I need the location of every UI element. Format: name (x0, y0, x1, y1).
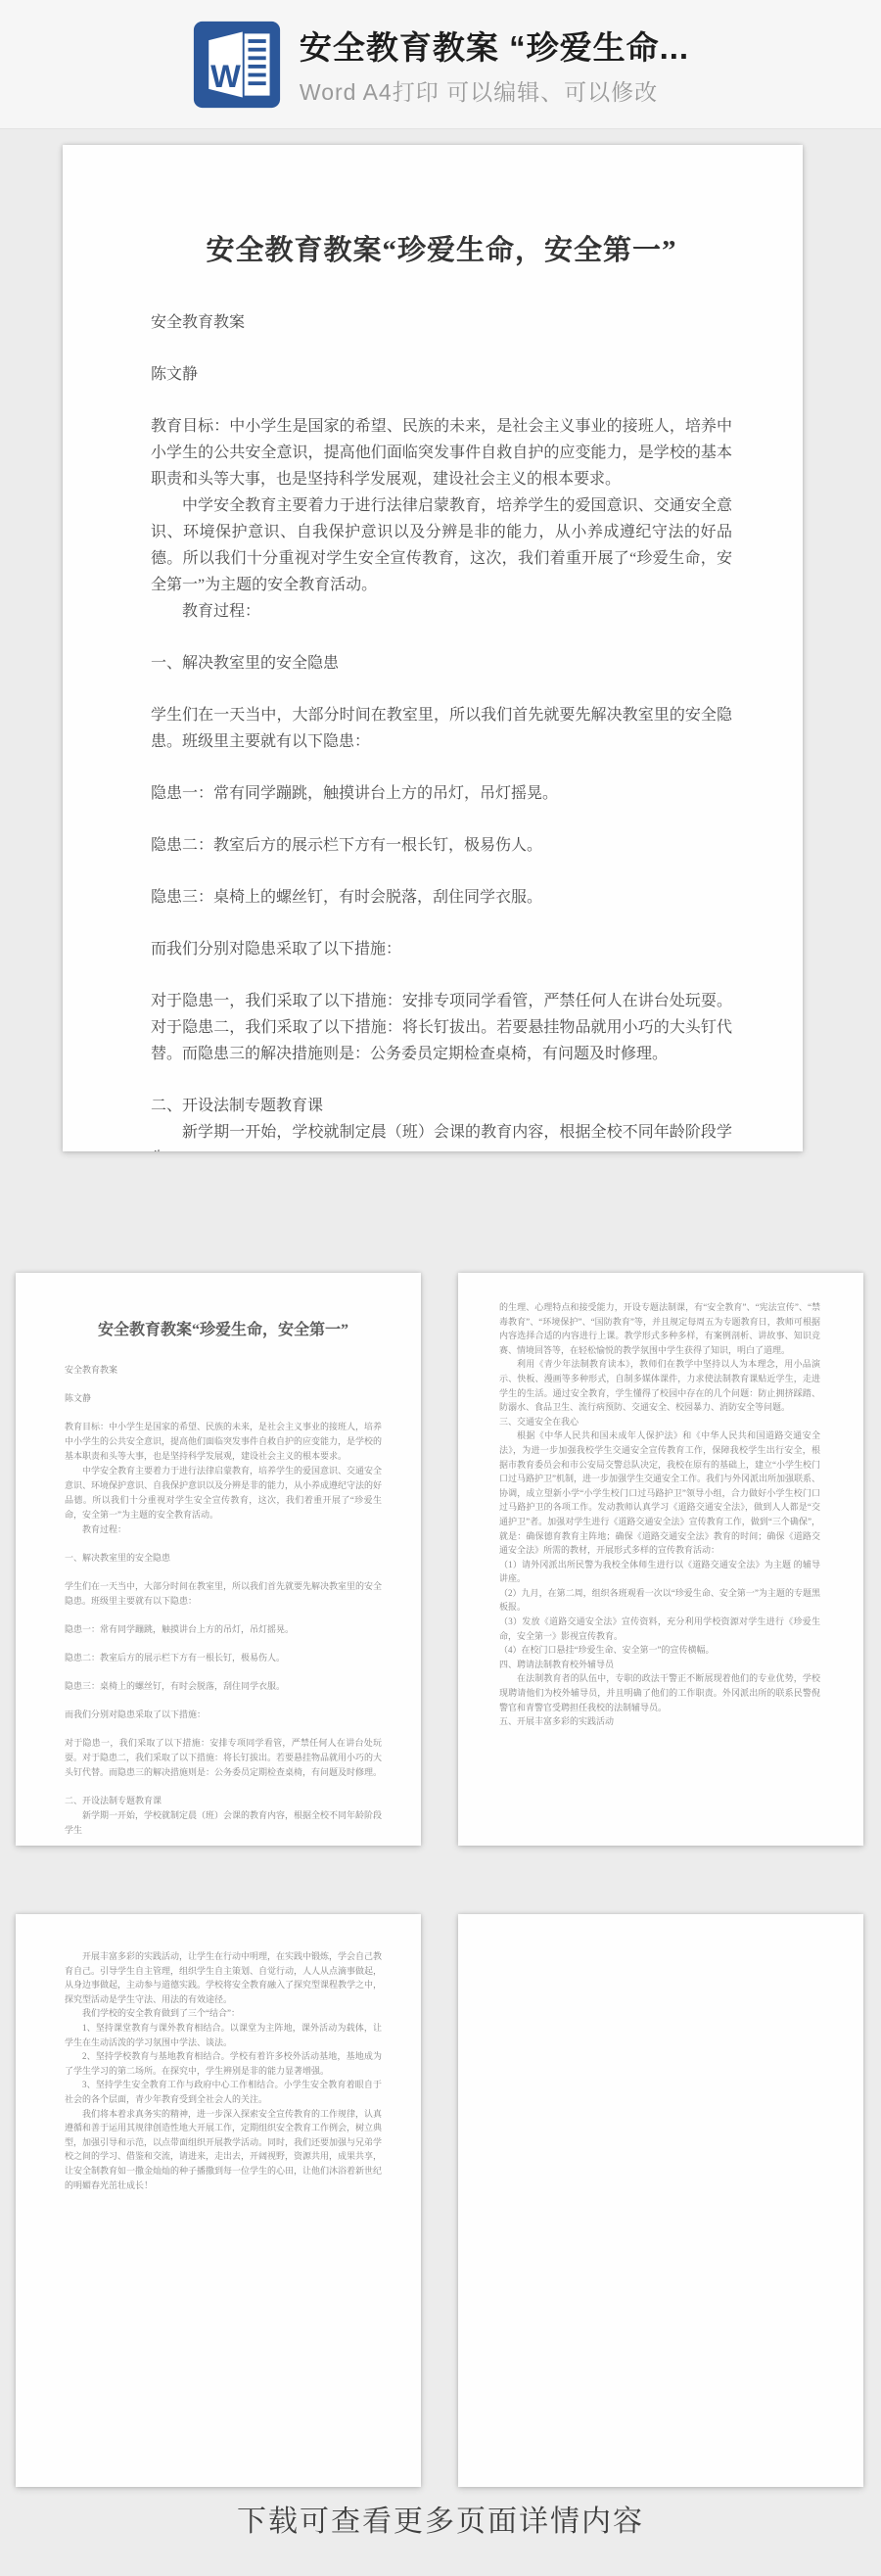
doc-paragraph: 新学期一开始，学校就制定晨（班）会课的教育内容，根据全校不同年龄阶段学生 (65, 1808, 382, 1838)
doc-paragraph: （4）在校门口悬挂“珍爱生命、安全第一”的宣传横幅。 (499, 1643, 820, 1658)
word-icon-letter: W (210, 58, 241, 93)
main-page-preview[interactable]: 安全教育教案“珍爱生命，安全第一”安全教育教案陈文静教育目标：中小学生是国家的希… (63, 145, 803, 1151)
doc-paragraph: 我们将本着求真务实的精神，进一步深入探索安全宣传教育的工作规律，认真遵循和善于运… (65, 2107, 382, 2193)
page-thumbnail-4-blank[interactable] (458, 1914, 863, 2487)
document-title: 安全教育教案 “珍爱生命... (300, 23, 689, 69)
doc-paragraph: 根据《中华人民共和国未成年人保护法》和《中华人民共和国道路交通安全法》，为进一步… (499, 1429, 820, 1557)
doc-paragraph: 中学安全教育主要着力于进行法律启蒙教育，培养学生的爱国意识、交通安全意识、环境保… (151, 492, 732, 598)
doc-paragraph: 我们学校的安全教育做到了三个“结合”： (65, 2006, 382, 2021)
doc-paragraph: 3、坚持学生安全教育工作与政府中心工作相结合。小学生安全教育着眼自于社会的各个层… (65, 2078, 382, 2106)
doc-paragraph: 安全教育教案 (151, 309, 732, 336)
doc-paragraph: 中学安全教育主要着力于进行法律启蒙教育，培养学生的爱国意识、交通安全意识、环境保… (65, 1464, 382, 1522)
page-thumbnail-1[interactable]: 安全教育教案“珍爱生命，安全第一”安全教育教案陈文静教育目标：中小学生是国家的希… (16, 1273, 421, 1846)
doc-paragraph: （1）请外冈派出所民警为我校全体师生进行以《道路交通安全法》为主题 的辅导讲座。 (499, 1558, 820, 1586)
doc-paragraph: 一、解决教室里的安全隐患 (65, 1551, 382, 1566)
doc-paragraph: 开展丰富多彩的实践活动，让学生在行动中明理，在实践中锻炼，学会自己教育自己。引导… (65, 1949, 382, 2006)
doc-paragraph: 在法制教育者的队伍中，专职的政法干警正不断展现着他们的专业优势，学校现聘请他们为… (499, 1671, 820, 1714)
doc-paragraph: 隐患三：桌椅上的螺丝钉，有时会脱落，刮住同学衣服。 (65, 1679, 382, 1694)
doc-paragraph: 三、交通安全在我心 (499, 1415, 820, 1429)
doc-paragraph: 教育目标：中小学生是国家的希望、民族的未来，是社会主义事业的接班人，培养中小学生… (65, 1420, 382, 1464)
page-thumbnail-3[interactable]: 开展丰富多彩的实践活动，让学生在行动中明理，在实践中锻炼，学会自己教育自己。引导… (16, 1914, 421, 2487)
doc-paragraph: 而我们分别对隐患采取了以下措施： (151, 936, 732, 962)
doc-paragraph: 教育目标：中小学生是国家的希望、民族的未来，是社会主义事业的接班人，培养中小学生… (151, 413, 732, 492)
download-hint-text: 下载可查看更多页面详情内容 (0, 2497, 881, 2540)
doc-paragraph: 一、解决教室里的安全隐患 (151, 650, 732, 677)
doc-paragraph: 四、聘请法制教育校外辅导员 (499, 1658, 820, 1672)
doc-paragraph: 陈文静 (65, 1391, 382, 1406)
doc-paragraph: 二、开设法制专题教育课 (65, 1794, 382, 1808)
footer: 下载可查看更多页面详情内容 (0, 2497, 881, 2540)
doc-paragraph: 五、开展丰富多彩的实践活动 (499, 1714, 820, 1729)
doc-paragraph: 对于隐患一，我们采取了以下措施：安排专项同学看管，严禁任何人在讲台处玩耍。对于隐… (65, 1736, 382, 1780)
doc-paragraph: 安全教育教案“珍爱生命，安全第一” (151, 231, 732, 270)
document-header: W 安全教育教案 “珍爱生命... Word A4打印 可以编辑、可以修改 (0, 0, 881, 129)
doc-paragraph: 对于隐患一，我们采取了以下措施：安排专项同学看管，严禁任何人在讲台处玩耍。对于隐… (151, 988, 732, 1067)
doc-paragraph: 学生们在一天当中，大部分时间在教室里，所以我们首先就要先解决教室里的安全隐患。班… (151, 702, 732, 755)
doc-paragraph: 利用《青少年法制教育读本》，教师们在教学中坚持以人为本理念，用小品演示、快板、漫… (499, 1357, 820, 1414)
doc-paragraph: 隐患二：教室后方的展示栏下方有一根长钉，极易伤人。 (65, 1651, 382, 1665)
word-file-icon: W (192, 20, 282, 110)
doc-paragraph: 1、坚持课堂教育与课外教育相结合。以课堂为主阵地，课外活动为载体，让学生在生动活… (65, 2021, 382, 2049)
doc-paragraph: 教育过程： (151, 598, 732, 625)
doc-paragraph: 安全教育教案 (65, 1363, 382, 1378)
doc-paragraph: 陈文静 (151, 361, 732, 388)
doc-paragraph: 学生们在一天当中，大部分时间在教室里，所以我们首先就要先解决教室里的安全隐患。班… (65, 1579, 382, 1609)
doc-paragraph: 2、坚持学校教育与基地教育相结合。学校有着许多校外活动基地，基地成为了学生学习的… (65, 2049, 382, 2078)
doc-paragraph: 隐患一：常有同学蹦跳，触摸讲台上方的吊灯，吊灯摇晃。 (151, 780, 732, 807)
doc-paragraph: （3）发放《道路交通安全法》宣传资料，充分利用学校资源对学生进行《珍爱生命，安全… (499, 1615, 820, 1643)
doc-paragraph: 隐患一：常有同学蹦跳，触摸讲台上方的吊灯，吊灯摇晃。 (65, 1622, 382, 1637)
doc-paragraph: 教育过程： (65, 1522, 382, 1537)
doc-paragraph: 的生理、心理特点和接受能力，开设专题法制课，有“安全教育”、“宪法宣传”、“禁毒… (499, 1300, 820, 1357)
doc-paragraph: 而我们分别对隐患采取了以下措施： (65, 1708, 382, 1722)
doc-paragraph: 隐患三：桌椅上的螺丝钉，有时会脱落，刮住同学衣服。 (151, 884, 732, 911)
doc-paragraph: 安全教育教案“珍爱生命，安全第一” (65, 1320, 382, 1341)
doc-paragraph: 二、开设法制专题教育课 (151, 1093, 732, 1119)
doc-paragraph: 新学期一开始，学校就制定晨（班）会课的教育内容，根据全校不同年龄阶段学生 (151, 1119, 732, 1151)
doc-paragraph: （2）九月，在第二周，组织各班观看一次以“珍爱生命、安全第一”为主题的专题黑板报… (499, 1586, 820, 1615)
document-subtitle: Word A4打印 可以编辑、可以修改 (300, 74, 689, 107)
doc-paragraph: 隐患二：教室后方的展示栏下方有一根长钉，极易伤人。 (151, 832, 732, 859)
page-thumbnail-2[interactable]: 的生理、心理特点和接受能力，开设专题法制课，有“安全教育”、“宪法宣传”、“禁毒… (458, 1273, 863, 1846)
